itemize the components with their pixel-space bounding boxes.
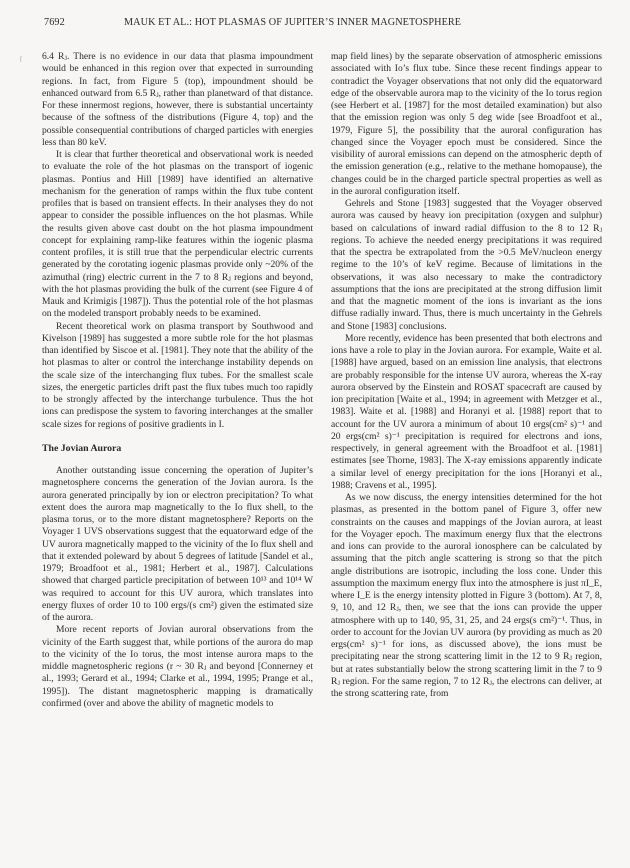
- paragraph: Recent theoretical work on plasma transp…: [42, 321, 313, 431]
- paragraph: Gehrels and Stone [1983] suggested that …: [331, 198, 602, 333]
- left-column: 6.4 Rⱼ. There is no evidence in our data…: [42, 51, 313, 710]
- page-number: 7692: [44, 17, 65, 28]
- running-title: MAUK ET AL.: HOT PLASMAS OF JUPITER’S IN…: [124, 17, 461, 28]
- right-column: map field lines) by the separate observa…: [331, 51, 602, 700]
- paragraph: 6.4 Rⱼ. There is no evidence in our data…: [42, 51, 313, 149]
- page-header: 7692 MAUK ET AL.: HOT PLASMAS OF JUPITER…: [44, 17, 604, 31]
- paragraph: It is clear that further theoretical and…: [42, 149, 313, 321]
- section-heading: The Jovian Aurora: [42, 443, 313, 455]
- paragraph: Another outstanding issue concerning the…: [42, 465, 313, 624]
- paragraph: More recent reports of Jovian auroral ob…: [42, 624, 313, 710]
- paragraph: As we now discuss, the energy intensitie…: [331, 492, 602, 700]
- paragraph: More recently, evidence has been present…: [331, 333, 602, 492]
- paragraph: map field lines) by the separate observa…: [331, 51, 602, 198]
- margin-mark: ⌈: [20, 56, 22, 63]
